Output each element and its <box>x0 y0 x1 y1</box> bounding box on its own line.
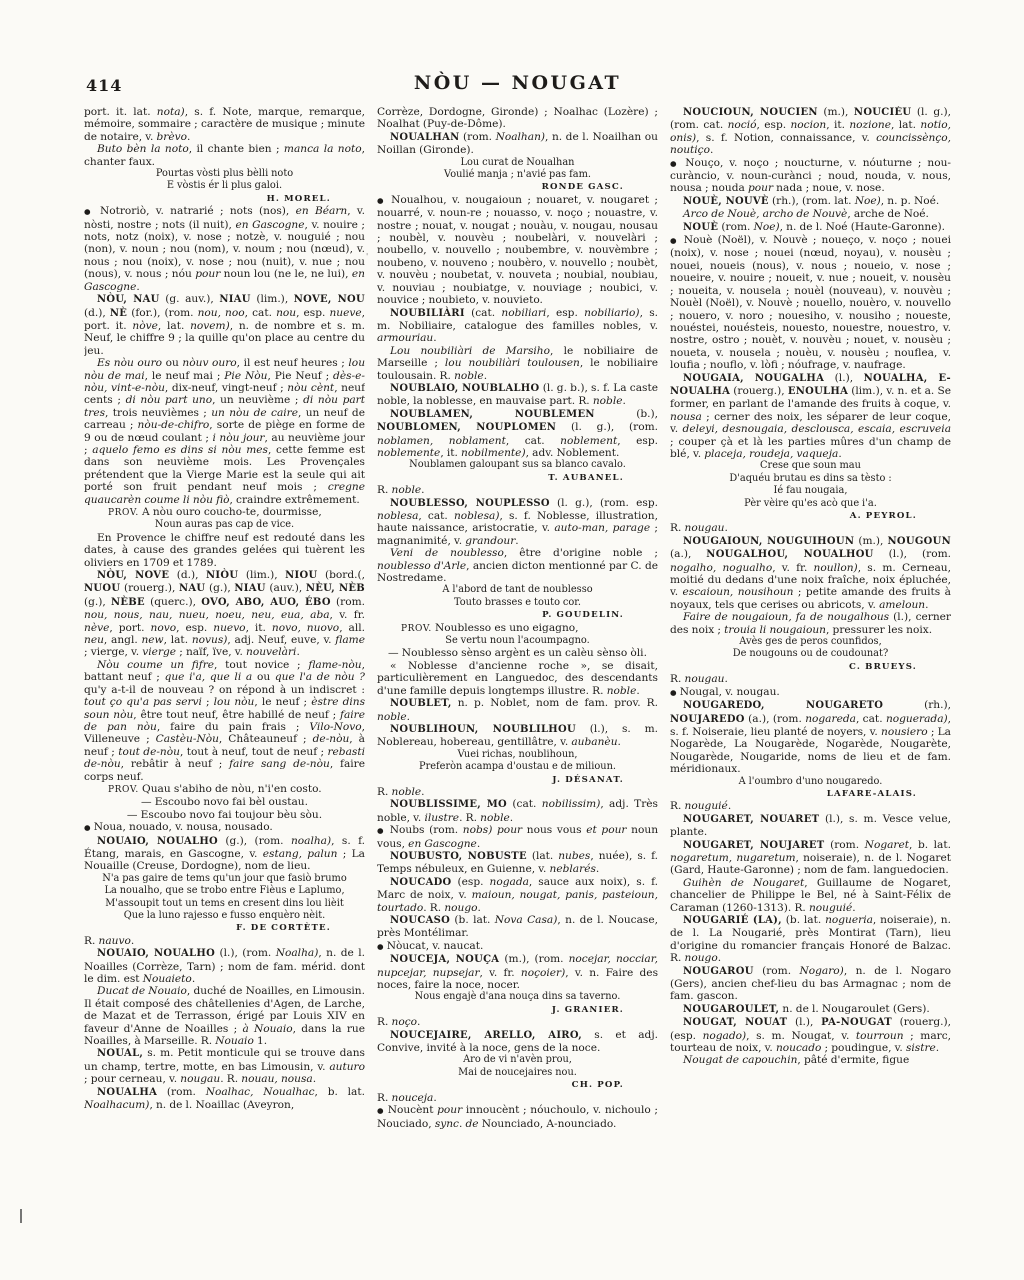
verse-attribution: LAFARE-ALAIS. <box>670 788 951 800</box>
paragraph: Ducat de Nouaio, duché de Noailles, en L… <box>84 985 365 1047</box>
proverb-label: PROV. <box>108 508 139 518</box>
paragraph: PROV. Quau s'abiho de nòu, n'i'en costo. <box>84 783 365 796</box>
paragraph: — Noublesso sènso argènt es un calèu sèn… <box>377 647 658 659</box>
verse-line: Que la luno rajesso e fusso enquèro nèit… <box>84 910 365 922</box>
verse-attribution: A. PEYROL. <box>670 510 951 522</box>
bullet-marker: ● <box>84 207 94 216</box>
verse-attribution: H. MOREL. <box>84 193 365 205</box>
verse-line: De nougouns ou de coudounat? <box>670 648 951 660</box>
verse-attribution: C. BRUEYS. <box>670 661 951 673</box>
verse-attribution: J. GRANIER. <box>377 1004 658 1016</box>
bullet-marker: ● <box>670 688 677 697</box>
paragraph: Lou noubiliàri de Marsiho, le nobiliaire… <box>377 345 658 382</box>
verse-attribution: RONDE GASC. <box>377 181 658 193</box>
paragraph: NOUCEJA, NOUÇA (m.), (rom. nocejar, nocc… <box>377 953 658 991</box>
paragraph: NOUGARIÉ (LA), (b. lat. nogueria, noiser… <box>670 914 951 965</box>
paragraph: Veni de noublesso, être d'origine noble … <box>377 547 658 584</box>
column-1: port. it. lat. nota), s. f. Note, marque… <box>84 106 365 1246</box>
paragraph: PROV. A nòu ouro coucho-te, dourmisse, <box>84 506 365 519</box>
paragraph: NOUGAROU (rom. Nogaro), n. de l. Nogaro … <box>670 965 951 1003</box>
paragraph: R. noble. <box>377 484 658 496</box>
bullet-marker: ● <box>377 826 385 835</box>
paragraph: NOUALHAN (rom. Noalhan), n. de l. Noailh… <box>377 131 658 157</box>
verse-attribution: F. DE CORTÈTE. <box>84 922 365 934</box>
verse-attribution: T. AUBANEL. <box>377 472 658 484</box>
bullet-marker: ● <box>670 159 679 168</box>
paragraph: ● Nòucat, v. naucat. <box>377 940 658 953</box>
paragraph: Buto bèn la noto, il chante bien ; manca… <box>84 143 365 168</box>
dictionary-scan-page: 414 NÒU — NOUGAT port. it. lat. nota), s… <box>0 0 1024 1280</box>
paragraph: R. nougau. <box>670 522 951 534</box>
proverb-label: PROV. <box>401 624 432 634</box>
paragraph: NOUÈ (rom. Noe), n. de l. Noé (Haute-Gar… <box>670 221 951 234</box>
verse-line: Crese que soun mau <box>670 460 951 472</box>
paragraph: ● Noua, nouado, v. nousa, nousado. <box>84 821 365 834</box>
paragraph: R. noço. <box>377 1016 658 1028</box>
paragraph: NOUCASO (b. lat. Nova Casa), n. de l. No… <box>377 914 658 940</box>
paragraph: NOUBLIHOUN, NOUBLILHOU (l.), s. m. Noble… <box>377 723 658 749</box>
verse-line: A l'oumbro d'uno nougaredo. <box>670 776 951 788</box>
verse-line: Noublamen galoupant sus sa blanco cavalo… <box>377 459 658 471</box>
paragraph: port. it. lat. nota), s. f. Note, marque… <box>84 106 365 143</box>
paragraph: NOUBILIÀRI (cat. nobiliari, esp. nobilia… <box>377 307 658 345</box>
column-2: Corrèze, Dordogne, Gironde) ; Noalhac (L… <box>377 106 658 1246</box>
verse-line: Voulié manja ; n'avié pas fam. <box>377 169 658 181</box>
paragraph: NOUGAIA, NOUGALHA (l.), NOUALHA, E-NOUAL… <box>670 372 951 461</box>
bullet-marker: ● <box>377 942 384 951</box>
verse-line: Nous engajè d'ana nouça dins sa taverno. <box>377 991 658 1003</box>
verse-line: Vuei richas, noublihoun, <box>377 749 658 761</box>
verse-line: Preferòn acampa d'oustau e de milioun. <box>377 761 658 773</box>
verse-attribution: J. DÉSANAT. <box>377 774 658 786</box>
verse-line: D'aquéu brutau es dins sa tèsto : <box>670 473 951 485</box>
paragraph: ● Nouço, v. noço ; noucturne, v. nóuturn… <box>670 157 951 195</box>
scan-speck: , <box>651 500 654 509</box>
paragraph: Guihèn de Nougaret, Guillaume de Nogaret… <box>670 877 951 914</box>
paragraph: NÒU, NAU (g. auv.), NIAU (lim.), NOVE, N… <box>84 293 365 357</box>
paragraph: R. nougau. <box>670 673 951 685</box>
paragraph: NOUBLET, n. p. Noblet, nom de fam. prov.… <box>377 697 658 723</box>
column-3: NOUCIOUN, NOUCIEN (m.), NOUCIÉU (l. g.),… <box>670 106 951 1246</box>
scan-speck: ' <box>366 252 368 261</box>
paragraph: ● Noualhou, v. nougaioun ; nouaret, v. n… <box>377 194 658 307</box>
paragraph: NÒU, NOVE (d.), NIÒU (lim.), NIOU (bord.… <box>84 569 365 659</box>
paragraph: En Provence le chiffre neuf est redouté … <box>84 532 365 569</box>
paragraph: « Noblesse d'ancienne roche », se disait… <box>377 660 658 697</box>
proverb-label: PROV. <box>108 785 139 795</box>
paragraph: R. noble. <box>377 786 658 798</box>
paragraph: R. nouguié. <box>670 800 951 812</box>
paragraph: NOUBUSTO, NOBUSTE (lat. nubes, nuée), s.… <box>377 850 658 876</box>
paragraph: NOUGAT, NOUAT (l.), PA-NOUGAT (rouerg.),… <box>670 1016 951 1054</box>
verse-line: Lou curat de Noualhan <box>377 157 658 169</box>
verse-line: Pèr vèire qu'es acò que i'a. <box>670 498 951 510</box>
paragraph: ● Notroriò, v. natrarié ; nots (nos), en… <box>84 205 365 293</box>
running-head: NÒU — NOUGAT <box>84 72 951 94</box>
paragraph: NOUGARET, NOUARET (l.), s. m. Vesce velu… <box>670 813 951 839</box>
paragraph: ● Nouè (Noël), v. Nouvè ; noueço, v. noç… <box>670 234 951 371</box>
verse-line: M'assoupit tout un tems en cresent dins … <box>84 898 365 910</box>
paragraph: Nougat de capouchin, pâté d'ermite, figu… <box>670 1054 951 1066</box>
bullet-marker: ● <box>377 196 386 205</box>
verse-line: Se vertu noun l'acoumpagno. <box>377 635 658 647</box>
paragraph: — Escoubo novo fai toujour bèu sòu. <box>84 809 365 821</box>
verse-line: Pourtas vòsti plus bèlli noto <box>84 168 365 180</box>
verse-line: La noualho, que se trobo entre Fièus e L… <box>84 885 365 897</box>
paragraph: — Escoubo novo fai bèl oustau. <box>84 796 365 808</box>
verse-line: E vòstis ér li plus galoi. <box>84 180 365 192</box>
paragraph: NOUBLESSO, NOUPLESSO (l. g.), (rom. esp.… <box>377 497 658 548</box>
paragraph: NOUGAREDO, NOUGARETO (rh.), NOUJAREDO (a… <box>670 699 951 775</box>
paragraph: NOUALHA (rom. Noalhac, Noualhac, b. lat.… <box>84 1086 365 1112</box>
verse-attribution: P. GOUDELIN. <box>377 609 658 621</box>
paragraph: NOUBLAIO, NOUBLALHO (l. g. b.), s. f. La… <box>377 382 658 408</box>
bullet-marker: ● <box>670 236 679 245</box>
paragraph: NOUBLISSIME, MO (cat. nobilissim), adj. … <box>377 798 658 824</box>
paragraph: NOUAIO, NOUALHO (l.), (rom. Noalha), n. … <box>84 947 365 985</box>
scan-artifact <box>20 1209 22 1223</box>
verse-line: Avès ges de peros counfidos, <box>670 636 951 648</box>
paragraph: NOUÈ, NOUVÈ (rh.), (rom. lat. Noe), n. p… <box>670 195 951 208</box>
paragraph: R. nouceja. <box>377 1092 658 1104</box>
paragraph: Corrèze, Dordogne, Gironde) ; Noalhac (L… <box>377 106 658 131</box>
paragraph: NOUCADO (esp. nogada, sauce aux noix), s… <box>377 876 658 914</box>
paragraph: Faire de nougaioun, fa de nougalhous (l.… <box>670 611 951 636</box>
bullet-marker: ● <box>377 1106 384 1115</box>
verse-line: N'a pas gaire de tems qu'un jour que fas… <box>84 873 365 885</box>
paragraph: NOUGAIOUN, NOUGUIHOUN (m.), NOUGOUN (a.)… <box>670 535 951 611</box>
paragraph: NOUGARET, NOUJARET (rom. Nogaret, b. lat… <box>670 839 951 877</box>
paragraph: PROV. Noublesso es uno eigagno, <box>377 622 658 635</box>
paragraph: Es nòu ouro ou nòuv ouro, il est neuf he… <box>84 357 365 506</box>
paragraph: ● Noubs (rom. nobs) pour nous vous et po… <box>377 824 658 850</box>
paragraph: ● Nougal, v. nougau. <box>670 686 951 699</box>
verse-attribution: CH. POP. <box>377 1079 658 1091</box>
paragraph: NOUCIOUN, NOUCIEN (m.), NOUCIÉU (l. g.),… <box>670 106 951 157</box>
verse-line: Aro de vi n'avèn prou, <box>377 1054 658 1066</box>
paragraph: Nòu coume un fifre, tout novice ; flame-… <box>84 659 365 783</box>
verse-line: Noun auras pas cap de vice. <box>84 519 365 531</box>
verse-line: Mai de noucejaires nou. <box>377 1067 658 1079</box>
bullet-marker: ● <box>84 823 91 832</box>
paragraph: ● Noucènt pour innoucènt ; nóuchoulo, v.… <box>377 1104 658 1130</box>
verse-line: Touto brasses e touto cor. <box>377 597 658 609</box>
paragraph: Arco de Nouè, archo de Nouvè, arche de N… <box>670 208 951 220</box>
paragraph: NOUAIO, NOUALHO (g.), (rom. noalha), s. … <box>84 835 365 873</box>
verse-line: Ié fau nougaia, <box>670 485 951 497</box>
paragraph: NOUGAROULET, n. de l. Nougaroulet (Gers)… <box>670 1003 951 1016</box>
text-columns: port. it. lat. nota), s. f. Note, marque… <box>84 106 951 1246</box>
paragraph: NOUAL, s. m. Petit monticule qui se trou… <box>84 1047 365 1085</box>
paragraph: R. nauvo. <box>84 935 365 947</box>
verse-line: A l'abord de tant de noublesso <box>377 584 658 596</box>
paragraph: NOUBLAMEN, NOUBLEMEN (b.), NOUBLOMEN, NO… <box>377 408 658 460</box>
paragraph: NOUCEJAIRE, ARELLO, AIRO, s. et adj. Con… <box>377 1029 658 1055</box>
